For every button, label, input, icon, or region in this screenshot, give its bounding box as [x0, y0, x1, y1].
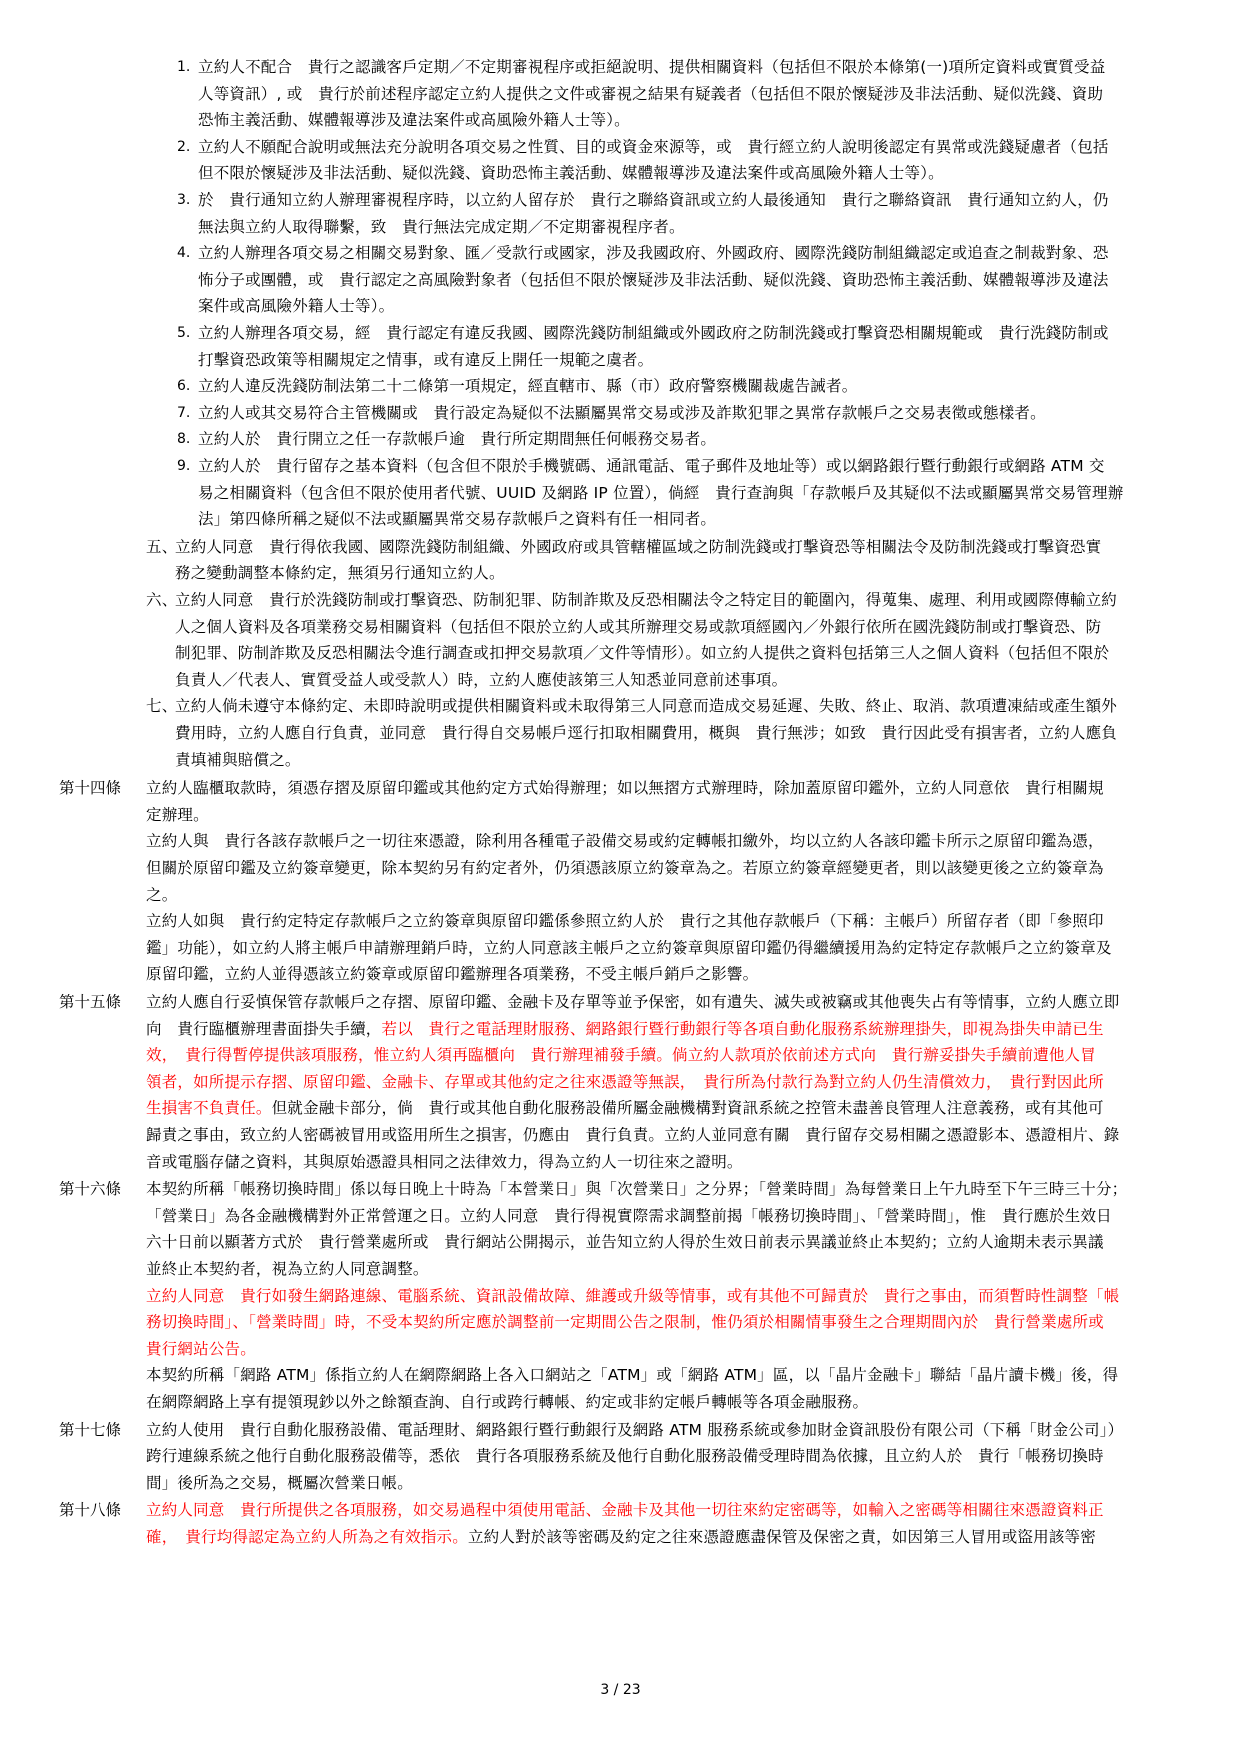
article-line: 本契約所稱「網路 ATM」係指立約人在網際網路上各入口網站之「ATM」或「網路 … [146, 1364, 1118, 1386]
numbered-item-line: 人等資訊）, 或 貴行於前述程序認定立約人提供之文件或審視之結果有疑義者（包括但… [198, 83, 1103, 105]
item-number: 5. [177, 322, 190, 344]
article-line: 立約人同意 貴行如發生網路連線、電腦系統、資訊設備故障、維護或升級等情事，或有其… [146, 1285, 1119, 1307]
numbered-item-line: 打擊資恐政策等相關規定之情事，或有違反上開任一規範之虞者。 [198, 349, 653, 371]
article-line: 音或電腦存儲之資料，其與原始憑證具相同之法律效力，得為立約人一切往來之證明。 [146, 1151, 743, 1173]
clause-line: 立約人同意 貴行得依我國、國際洗錢防制組織、外國政府或具管轄權區域之防制洗錢或打… [175, 536, 1101, 558]
clause-line: 立約人同意 貴行於洗錢防制或打擊資恐、防制犯罪、防制詐欺及反恐相關法令之特定目的… [175, 589, 1117, 611]
text-segment: 於 貴行通知立約人辦理審視程序時，以立約人留存於 貴行之聯絡資訊或立約人最後通知… [198, 191, 1109, 209]
text-segment: 但就金融卡部分，倘 貴行或其他自動化服務設備所屬金融機構對資訊系統之控管未盡善良… [272, 1099, 1104, 1117]
text-segment: 打擊資恐政策等相關規定之情事，或有違反上開任一規範之虞者。 [198, 351, 653, 369]
numbered-item-line: 無法與立約人取得聯繫，致 貴行無法完成定期／不定期審視程序者。 [198, 216, 685, 238]
text-segment: 跨行連線系統之他行自動化服務設備等，悉依 貴行各項服務系統及他行自動化服務設備受… [146, 1447, 1104, 1465]
text-segment: 間」後所為之交易，概屬次營業日帳。 [146, 1474, 413, 1492]
text-segment: 向 貴行臨櫃辦理書面掛失手續， [146, 1020, 382, 1038]
article-line: 立約人與 貴行各該存款帳戶之一切往來憑證，除利用各種電子設備交易或約定轉帳扣繳外… [146, 830, 1104, 852]
page-number: 3 / 23 [0, 1682, 1241, 1698]
clause-line: 立約人倘未遵守本條約定、未即時說明或提供相關資料或未取得第三人同意而造成交易延遲… [175, 695, 1117, 717]
highlighted-text: 確， 貴行均得認定為立約人所為之有效指示。 [146, 1528, 468, 1546]
numbered-item-line: 但不限於懷疑涉及非法活動、疑似洗錢、資助恐怖主義活動、媒體報導涉及違法案件或高風… [198, 162, 944, 184]
text-segment: 立約人或其交易符合主管機關或 貴行設定為疑似不法顯屬異常交易或涉及詐欺犯罪之異常… [198, 404, 1046, 422]
text-segment: 制犯罪、防制詐欺及反恐相關法令進行調查或扣押交易款項／文件等情形）。如立約人提供… [175, 644, 1109, 662]
text-segment: 立約人對於該等密碼及約定之往來憑證應盡保管及保密之責，如因第三人冒用或盜用該等密 [468, 1528, 1096, 1546]
clause-line: 人之個人資料及各項業務交易相關資料（包括但不限於立約人或其所辦理交易或款項經國內… [175, 616, 1101, 638]
text-segment: 「營業日」為各金融機構對外正常營運之日。立約人同意 貴行得視實際需求調整前揭「帳… [146, 1207, 1112, 1225]
article-label: 第十五條 [59, 991, 121, 1013]
numbered-item-line: 立約人或其交易符合主管機關或 貴行設定為疑似不法顯屬異常交易或涉及詐欺犯罪之異常… [198, 402, 1046, 424]
numbered-item-line: 立約人辦理各項交易之相關交易對象、匯／受款行或國家，涉及我國政府、外國政府、國際… [198, 242, 1109, 264]
article-line: 向 貴行臨櫃辦理書面掛失手續，若以 貴行之電話理財服務、網路銀行暨行動銀行等各項… [146, 1018, 1104, 1040]
numbered-item-line: 立約人違反洗錢防制法第二十二條第一項規定，經直轄市、縣（市）政府警察機關裁處告誡… [198, 375, 857, 397]
article-line: 貴行網站公告。 [146, 1338, 256, 1360]
text-segment: 但不限於懷疑涉及非法活動、疑似洗錢、資助恐怖主義活動、媒體報導涉及違法案件或高風… [198, 164, 944, 182]
highlighted-text: 若以 貴行之電話理財服務、網路銀行暨行動銀行等各項自動化服務系統辦理掛失，即視為… [382, 1020, 1104, 1038]
text-segment: 立約人辦理各項交易，經 貴行認定有違反我國、國際洗錢防制組織或外國政府之防制洗錢… [198, 324, 1109, 342]
item-number: 3. [177, 189, 190, 211]
article-line: 效， 貴行得暫停提供該項服務，惟立約人須再臨櫃向 貴行辦理補發手續。倘立約人款項… [146, 1044, 1096, 1066]
text-segment: 怖分子或團體，或 貴行認定之高風險對象者（包括但不限於懷疑涉及非法活動、疑似洗錢… [198, 271, 1109, 289]
clause-label: 六、 [146, 589, 177, 611]
clause-line: 負責人／代表人、實質受益人或受款人）時，立約人應使該第三人知悉並同意前述事項。 [175, 669, 787, 691]
text-segment: 原留印鑑，立約人並得憑該立約簽章或原留印鑑辦理各項業務，不受主帳戶銷戶之影響。 [146, 965, 758, 983]
text-segment: 立約人使用 貴行自動化服務設備、電話理財、網路銀行暨行動銀行及網路 ATM 服務… [146, 1421, 1123, 1439]
text-segment: 立約人倘未遵守本條約定、未即時說明或提供相關資料或未取得第三人同意而造成交易延遲… [175, 697, 1117, 715]
article-line: 生損害不負責任。但就金融卡部分，倘 貴行或其他自動化服務設備所屬金融機構對資訊系… [146, 1097, 1104, 1119]
numbered-item-line: 立約人於 貴行留存之基本資料（包含但不限於手機號碼、通訊電話、電子郵件及地址等）… [198, 455, 1105, 477]
article-label: 第十六條 [59, 1178, 121, 1200]
highlighted-text: 立約人同意 貴行所提供之各項服務，如交易過程中須使用電話、金融卡及其他一切往來約… [146, 1501, 1104, 1519]
article-label: 第十八條 [59, 1499, 121, 1521]
numbered-item-line: 案件或高風險外籍人士等）。 [198, 295, 394, 317]
article-line: 定辦理。 [146, 804, 209, 826]
article-line: 鑑」功能），如立約人將主帳戶申請辦理銷戶時，立約人同意該主帳戶之立約簽章與原留印… [146, 937, 1112, 959]
numbered-item-line: 立約人不配合 貴行之認識客戶定期／不定期審視程序或拒絕說明、提供相關資料（包括但… [198, 56, 1105, 78]
numbered-item-line: 怖分子或團體，或 貴行認定之高風險對象者（包括但不限於懷疑涉及非法活動、疑似洗錢… [198, 269, 1109, 291]
text-segment: 鑑」功能），如立約人將主帳戶申請辦理銷戶時，立約人同意該主帳戶之立約簽章與原留印… [146, 939, 1112, 957]
text-segment: 易之相關資料（包含但不限於使用者代號、UUID 及網路 IP 位置），倘經 貴行… [198, 484, 1123, 502]
text-segment: 並終止本契約者，視為立約人同意調整。 [146, 1260, 429, 1278]
text-segment: 恐怖主義活動、媒體報導涉及違法案件或高風險外籍人士等）。 [198, 111, 630, 129]
article-line: 之。 [146, 884, 177, 906]
text-segment: 費用時，立約人應自行負責，並同意 貴行得自交易帳戶逕行扣取相關費用，概與 貴行無… [175, 724, 1117, 742]
clause-line: 費用時，立約人應自行負責，並同意 貴行得自交易帳戶逕行扣取相關費用，概與 貴行無… [175, 722, 1117, 744]
item-number: 1. [177, 56, 190, 78]
text-segment: 立約人不配合 貴行之認識客戶定期／不定期審視程序或拒絕說明、提供相關資料（包括但… [198, 58, 1105, 76]
article-line: 立約人臨櫃取款時，須憑存摺及原留印鑑或其他約定方式始得辦理；如以無摺方式辦理時，… [146, 777, 1104, 799]
text-segment: 但關於原留印鑑及立約簽章變更，除本契約另有約定者外，仍須憑該原立約簽章為之。若原… [146, 859, 1104, 877]
item-number: 7. [177, 402, 190, 424]
numbered-item-line: 立約人辦理各項交易，經 貴行認定有違反我國、國際洗錢防制組織或外國政府之防制洗錢… [198, 322, 1109, 344]
numbered-item-line: 恐怖主義活動、媒體報導涉及違法案件或高風險外籍人士等）。 [198, 109, 630, 131]
article-line: 原留印鑑，立約人並得憑該立約簽章或原留印鑑辦理各項業務，不受主帳戶銷戶之影響。 [146, 963, 758, 985]
document-page: 1.立約人不配合 貴行之認識客戶定期／不定期審視程序或拒絕說明、提供相關資料（包… [0, 0, 1241, 1754]
text-segment: 之。 [146, 886, 177, 904]
article-line: 並終止本契約者，視為立約人同意調整。 [146, 1258, 429, 1280]
clause-label: 七、 [146, 695, 177, 717]
text-segment: 人之個人資料及各項業務交易相關資料（包括但不限於立約人或其所辦理交易或款項經國內… [175, 618, 1101, 636]
text-segment: 立約人辦理各項交易之相關交易對象、匯／受款行或國家，涉及我國政府、外國政府、國際… [198, 244, 1109, 262]
article-label: 第十七條 [59, 1419, 121, 1441]
article-line: 立約人同意 貴行所提供之各項服務，如交易過程中須使用電話、金融卡及其他一切往來約… [146, 1499, 1104, 1521]
text-segment: 在網際網路上享有提領現鈔以外之餘額查詢、自行或跨行轉帳、約定或非約定帳戶轉帳等各… [146, 1393, 868, 1411]
item-number: 4. [177, 242, 190, 264]
text-segment: 立約人違反洗錢防制法第二十二條第一項規定，經直轄市、縣（市）政府警察機關裁處告誡… [198, 377, 857, 395]
text-segment: 人等資訊）, 或 貴行於前述程序認定立約人提供之文件或審視之結果有疑義者（包括但… [198, 85, 1103, 103]
highlighted-text: 效， 貴行得暫停提供該項服務，惟立約人須再臨櫃向 貴行辦理補發手續。倘立約人款項… [146, 1046, 1096, 1064]
text-segment: 責填補與賠償之。 [175, 751, 301, 769]
item-number: 6. [177, 375, 190, 397]
text-segment: 立約人同意 貴行於洗錢防制或打擊資恐、防制犯罪、防制詐欺及反恐相關法令之特定目的… [175, 591, 1117, 609]
text-segment: 負責人／代表人、實質受益人或受款人）時，立約人應使該第三人知悉並同意前述事項。 [175, 671, 787, 689]
text-segment: 法」第四條所稱之疑似不法或顯屬異常交易存款帳戶之資料有任一相同者。 [198, 510, 716, 528]
article-line: 在網際網路上享有提領現鈔以外之餘額查詢、自行或跨行轉帳、約定或非約定帳戶轉帳等各… [146, 1391, 868, 1413]
article-line: 確， 貴行均得認定為立約人所為之有效指示。立約人對於該等密碼及約定之往來憑證應盡… [146, 1526, 1096, 1548]
clause-line: 責填補與賠償之。 [175, 749, 301, 771]
text-segment: 本契約所稱「帳務切換時間」係以每日晚上十時為「本營業日」與「次營業日」之分界；「… [146, 1180, 1127, 1198]
text-segment: 無法與立約人取得聯繫，致 貴行無法完成定期／不定期審視程序者。 [198, 218, 685, 236]
article-line: 跨行連線系統之他行自動化服務設備等，悉依 貴行各項服務系統及他行自動化服務設備受… [146, 1445, 1104, 1467]
article-line: 務切換時間」、「營業時間」時，不受本契約所定應於調整前一定期間公告之限制，惟仍須… [146, 1311, 1104, 1333]
text-segment: 立約人不願配合說明或無法充分說明各項交易之性質、目的或資金來源等，或 貴行經立約… [198, 138, 1109, 156]
numbered-item-line: 易之相關資料（包含但不限於使用者代號、UUID 及網路 IP 位置），倘經 貴行… [198, 482, 1123, 504]
text-segment: 立約人臨櫃取款時，須憑存摺及原留印鑑或其他約定方式始得辦理；如以無摺方式辦理時，… [146, 779, 1104, 797]
text-segment: 立約人於 貴行留存之基本資料（包含但不限於手機號碼、通訊電話、電子郵件及地址等）… [198, 457, 1105, 475]
item-number: 9. [177, 455, 190, 477]
highlighted-text: 務切換時間」、「營業時間」時，不受本契約所定應於調整前一定期間公告之限制，惟仍須… [146, 1313, 1104, 1331]
item-number: 2. [177, 136, 190, 158]
article-line: 立約人使用 貴行自動化服務設備、電話理財、網路銀行暨行動銀行及網路 ATM 服務… [146, 1419, 1123, 1441]
text-segment: 定辦理。 [146, 806, 209, 824]
clause-line: 務之變動調整本條約定，無須另行通知立約人。 [175, 562, 505, 584]
text-segment: 務之變動調整本條約定，無須另行通知立約人。 [175, 564, 505, 582]
highlighted-text: 立約人同意 貴行如發生網路連線、電腦系統、資訊設備故障、維護或升級等情事，或有其… [146, 1287, 1119, 1305]
numbered-item-line: 立約人於 貴行開立之任一存款帳戶逾 貴行所定期間無任何帳務交易者。 [198, 428, 716, 450]
article-label: 第十四條 [59, 777, 121, 799]
article-line: 立約人應自行妥慎保管存款帳戶之存摺、原留印鑑、金融卡及存單等並予保密，如有遺失、… [146, 991, 1119, 1013]
text-segment: 歸責之事由，致立約人密碼被冒用或盜用所生之損害，仍應由 貴行負責。立約人並同意有… [146, 1126, 1119, 1144]
item-number: 8. [177, 428, 190, 450]
text-segment: 案件或高風險外籍人士等）。 [198, 297, 394, 315]
article-line: 「營業日」為各金融機構對外正常營運之日。立約人同意 貴行得視實際需求調整前揭「帳… [146, 1205, 1112, 1227]
numbered-item-line: 法」第四條所稱之疑似不法或顯屬異常交易存款帳戶之資料有任一相同者。 [198, 508, 716, 530]
article-line: 歸責之事由，致立約人密碼被冒用或盜用所生之損害，仍應由 貴行負責。立約人並同意有… [146, 1124, 1119, 1146]
article-line: 但關於原留印鑑及立約簽章變更，除本契約另有約定者外，仍須憑該原立約簽章為之。若原… [146, 857, 1104, 879]
text-segment: 六十日前以顯著方式於 貴行營業處所或 貴行網站公開揭示，並告知立約人得於生效日前… [146, 1233, 1104, 1251]
clause-line: 制犯罪、防制詐欺及反恐相關法令進行調查或扣押交易款項／文件等情形）。如立約人提供… [175, 642, 1109, 664]
highlighted-text: 領者，如所提示存摺、原留印鑑、金融卡、存單或其他約定之往來憑證等無誤， 貴行所為… [146, 1073, 1104, 1091]
text-segment: 立約人應自行妥慎保管存款帳戶之存摺、原留印鑑、金融卡及存單等並予保密，如有遺失、… [146, 993, 1119, 1011]
article-line: 間」後所為之交易，概屬次營業日帳。 [146, 1472, 413, 1494]
text-segment: 本契約所稱「網路 ATM」係指立約人在網際網路上各入口網站之「ATM」或「網路 … [146, 1366, 1118, 1384]
article-line: 本契約所稱「帳務切換時間」係以每日晚上十時為「本營業日」與「次營業日」之分界；「… [146, 1178, 1127, 1200]
highlighted-text: 生損害不負責任。 [146, 1099, 272, 1117]
text-segment: 立約人與 貴行各該存款帳戶之一切往來憑證，除利用各種電子設備交易或約定轉帳扣繳外… [146, 832, 1104, 850]
text-segment: 立約人如與 貴行約定特定存款帳戶之立約簽章與原留印鑑係參照立約人於 貴行之其他存… [146, 912, 1104, 930]
article-line: 領者，如所提示存摺、原留印鑑、金融卡、存單或其他約定之往來憑證等無誤， 貴行所為… [146, 1071, 1104, 1093]
highlighted-text: 貴行網站公告。 [146, 1340, 256, 1358]
text-segment: 音或電腦存儲之資料，其與原始憑證具相同之法律效力，得為立約人一切往來之證明。 [146, 1153, 743, 1171]
numbered-item-line: 於 貴行通知立約人辦理審視程序時，以立約人留存於 貴行之聯絡資訊或立約人最後通知… [198, 189, 1109, 211]
numbered-item-line: 立約人不願配合說明或無法充分說明各項交易之性質、目的或資金來源等，或 貴行經立約… [198, 136, 1109, 158]
text-segment: 立約人於 貴行開立之任一存款帳戶逾 貴行所定期間無任何帳務交易者。 [198, 430, 716, 448]
clause-label: 五、 [146, 536, 177, 558]
article-line: 六十日前以顯著方式於 貴行營業處所或 貴行網站公開揭示，並告知立約人得於生效日前… [146, 1231, 1104, 1253]
article-line: 立約人如與 貴行約定特定存款帳戶之立約簽章與原留印鑑係參照立約人於 貴行之其他存… [146, 910, 1104, 932]
text-segment: 立約人同意 貴行得依我國、國際洗錢防制組織、外國政府或具管轄權區域之防制洗錢或打… [175, 538, 1101, 556]
